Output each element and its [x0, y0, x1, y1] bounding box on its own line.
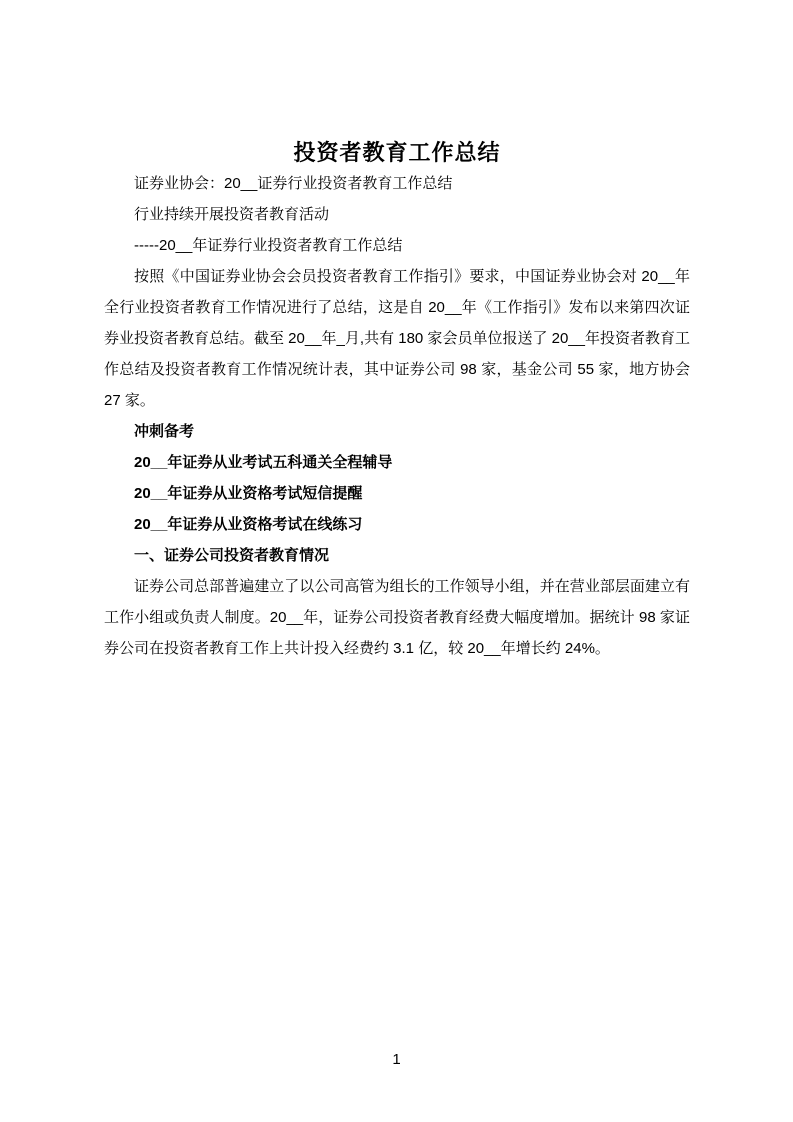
- section-heading: 一、证券公司投资者教育情况: [104, 540, 690, 571]
- summary-paragraph: 按照《中国证券业协会会员投资者教育工作指引》要求，中国证券业协会对 20__年全…: [104, 261, 690, 416]
- promo-item-online-practice: 20__年证券从业资格考试在线练习: [104, 509, 690, 540]
- intro-line-subtitle: -----20__年证券行业投资者教育工作总结: [104, 230, 690, 261]
- section-paragraph: 证券公司总部普遍建立了以公司高管为组长的工作领导小组，并在营业部层面建立有工作小…: [104, 571, 690, 664]
- promo-item-sms-reminder: 20__年证券从业资格考试短信提醒: [104, 478, 690, 509]
- document-content: 投资者教育工作总结 证券业协会：20__证券行业投资者教育工作总结 行业持续开展…: [0, 138, 793, 664]
- document-title: 投资者教育工作总结: [104, 138, 690, 168]
- intro-line-association: 证券业协会：20__证券行业投资者教育工作总结: [104, 168, 690, 199]
- promo-heading: 冲刺备考: [104, 416, 690, 447]
- page-number: 1: [0, 1050, 793, 1070]
- promo-item-tutoring: 20__年证券从业考试五科通关全程辅导: [104, 447, 690, 478]
- document-page: 投资者教育工作总结 证券业协会：20__证券行业投资者教育工作总结 行业持续开展…: [0, 0, 793, 1122]
- intro-line-activity: 行业持续开展投资者教育活动: [104, 199, 690, 230]
